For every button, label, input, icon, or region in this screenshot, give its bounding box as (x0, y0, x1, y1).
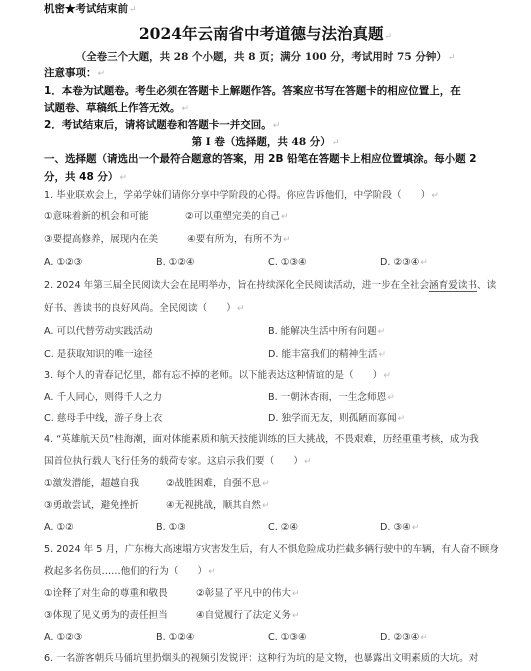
question-stem-text: 救起多名伤员……他们的行为（ ） (44, 566, 207, 577)
paragraph-mark-icon: ↵ (98, 69, 106, 79)
notice-item-1-line-2: 试题卷、草稿纸上作答无效。↵ (44, 101, 189, 116)
question-5-choice-b[interactable]: B. ①②④ (156, 631, 194, 645)
confidential-header: 机密★考试结束前↵ (44, 2, 137, 17)
question-1-statement-1: ①意味着新的机会和可能 (44, 210, 149, 224)
question-2-choice-b[interactable]: B. 能解决生活中所有问题↵ (268, 325, 385, 339)
question-4-stem-line-1: 4. “英雄航天员”桂海潮，面对体能素质和航天技能训练的巨大挑战，不畏艰难，历经… (44, 433, 479, 447)
paragraph-mark-icon: ↵ (281, 212, 289, 222)
title-text: 2024年云南省中考道德与法治真题 (139, 24, 384, 43)
question-6-stem-line-1: 6. 一名游客朝兵马俑坑里扔烟头的视频引发锐评：这种行为坑的是文物，也暴露出文明… (44, 652, 478, 666)
subtitle-text: （全卷三个大题，共 28 个小题，共 8 页；满分 100 分，考试用时 75 … (76, 51, 447, 63)
question-1-choice-c[interactable]: C. ①③④ (268, 256, 307, 270)
question-5-stem-line-1: 5. 2024 年 5 月，广东梅大高速塌方灾害发生后，有人不惧危险成功拦截多辆… (44, 543, 499, 557)
question-1-choice-a[interactable]: A. ①②③ (44, 256, 82, 270)
question-stem-text: 、读 (477, 280, 496, 291)
paragraph-mark-icon: ↵ (420, 633, 428, 643)
notice-item-2-text: 2．考试结束后，请将试题卷和答题卡一并交回。 (44, 119, 272, 131)
question-4-choice-d[interactable]: D. ③④↵ (380, 521, 419, 535)
paragraph-mark-icon: ↵ (283, 235, 291, 245)
paragraph-mark-icon: ↵ (237, 304, 245, 314)
question-4-statement-1: ①激发潜能，超越自我 (44, 477, 139, 491)
choice-text: D. 能丰富我们的精神生活 (268, 349, 377, 360)
exam-document-page: 机密★考试结束前↵ 2024年云南省中考道德与法治真题↵ （全卷三个大题，共 2… (0, 0, 531, 671)
question-stem-text: 好书、善读书的良好风尚。全民阅读（ ） (44, 303, 236, 314)
question-1-statement-2: ②可以重塑完美的自己↵ (185, 210, 289, 224)
question-3-choice-c[interactable]: C. 慈母手中线，游子身上衣 (44, 412, 162, 426)
paragraph-mark-icon: ↵ (378, 327, 386, 337)
question-stem-text: 国首位执行载人飞行任务的载荷专家。这启示我们要（ ） (44, 456, 303, 467)
part-1-heading-text: 第 I 卷（选择题，共 48 分） (192, 136, 331, 148)
question-1-stem: 1. 毕业联欢会上，学弟学妹们请你分享中学阶段的心得。你应告诉他们，中学阶段（ … (44, 189, 439, 203)
paragraph-mark-icon: ↵ (182, 104, 190, 114)
paragraph-mark-icon: ↵ (420, 258, 428, 268)
choice-text: D. ③④ (380, 522, 411, 533)
question-3-stem: 3. 每个人的青春记忆里，都有忘不掉的老师。以下能表达这种情谊的是（ ）↵ (44, 369, 391, 383)
question-1-statement-4: ④要有所为，有所不为↵ (187, 233, 291, 247)
question-5-choice-a[interactable]: A. ①②③ (44, 631, 82, 645)
question-3-choice-d[interactable]: D. 独学而无友，则孤陋而寡闻↵ (268, 412, 405, 426)
paragraph-mark-icon: ↵ (119, 173, 127, 183)
paragraph-mark-icon: ↵ (412, 523, 420, 533)
question-1-statement-3: ③要提高修养，展现内在美 (44, 233, 158, 247)
choice-text: D. ②③④ (380, 257, 419, 268)
paragraph-mark-icon: ↵ (262, 501, 270, 511)
question-2-stem-line-1: 2. 2024 年第三届全民阅读大会在昆明举办，旨在持续深化全民阅读活动，进一步… (44, 279, 496, 293)
question-5-stem-line-2: 救起多名伤员……他们的行为（ ）↵ (44, 565, 216, 579)
question-5-statement-1: ①诠释了对生命的尊重和敬畏 (44, 587, 168, 601)
question-4-choice-c[interactable]: C. ②④ (268, 521, 298, 535)
statement-text: ②可以重塑完美的自己 (185, 211, 280, 222)
paragraph-mark-icon: ↵ (383, 371, 391, 381)
section-1-heading-text: 分，共 48 分） (44, 171, 118, 183)
question-stem-text: 2. 2024 年第三届全民阅读大会在昆明举办，旨在持续深化全民阅读活动，进一步… (44, 280, 429, 291)
section-1-heading-line-1: 一、选择题（请选出一个最符合题意的答案，用 2B 铅笔在答题卡上相应位置填涂。每… (44, 152, 477, 166)
statement-text: ④无视挑战，顺其自然 (166, 500, 261, 511)
notice-item-1-line-1: 1．本卷为试题卷。考生必须在答题卡上解题作答。答案应书写在答题卡的相应位置上，在 (44, 84, 461, 98)
choice-text: D. ②③④ (380, 632, 419, 643)
question-1-choice-b[interactable]: B. ①②④ (156, 256, 194, 270)
statement-text: ④自觉履行了法定义务 (196, 610, 291, 621)
statement-text: ②彰显了平凡中的伟大 (196, 588, 291, 599)
question-2-choice-a[interactable]: A. 可以代替劳动实践活动 (44, 325, 152, 339)
paragraph-mark-icon: ↵ (332, 138, 340, 148)
question-5-statement-2: ②彰显了平凡中的伟大↵ (196, 587, 300, 601)
question-4-statement-4: ④无视挑战，顺其自然↵ (166, 499, 270, 513)
question-3-choice-a[interactable]: A. 千人同心，则得千人之力 (44, 391, 162, 405)
statement-text: ②战胜困难，自强不息 (166, 478, 261, 489)
paragraph-mark-icon: ↵ (398, 414, 406, 424)
question-5-choice-d[interactable]: D. ②③④↵ (380, 631, 428, 645)
exam-info-subtitle: （全卷三个大题，共 28 个小题，共 8 页；满分 100 分，考试用时 75 … (0, 50, 531, 65)
paragraph-mark-icon: ↵ (304, 457, 312, 467)
question-1-choice-d[interactable]: D. ②③④↵ (380, 256, 428, 270)
part-1-heading: 第 I 卷（选择题，共 48 分）↵ (0, 135, 531, 150)
question-4-choice-b[interactable]: B. ①③ (156, 521, 186, 535)
question-2-choice-c[interactable]: C. 是获取知识的唯一途径 (44, 348, 153, 362)
question-2-choice-d[interactable]: D. 能丰富我们的精神生活↵ (268, 348, 386, 362)
question-4-statement-3: ③勇敢尝试，避免挫折 (44, 499, 139, 513)
paragraph-mark-icon: ↵ (208, 567, 216, 577)
paragraph-mark-icon: ↵ (448, 53, 456, 63)
question-stem-text: 1. 毕业联欢会上，学弟学妹们请你分享中学阶段的心得。你应告诉他们，中学阶段（ … (44, 190, 430, 201)
question-4-stem-line-2: 国首位执行载人飞行任务的载荷专家。这启示我们要（ ）↵ (44, 455, 312, 469)
notice-heading-text: 注意事项： (44, 67, 97, 79)
paragraph-mark-icon: ↵ (387, 393, 395, 403)
paragraph-mark-icon: ↵ (378, 350, 386, 360)
choice-text: B. 一朝沐杏雨，一生念师恩 (268, 392, 386, 403)
question-5-choice-c[interactable]: C. ①③④ (268, 631, 307, 645)
underlined-phrase: 涵育爱读书 (429, 280, 477, 292)
question-5-statement-4: ④自觉履行了法定义务↵ (196, 609, 300, 623)
confidential-label: 机密★考试结束前 (44, 3, 128, 15)
choice-text: B. 能解决生活中所有问题 (268, 326, 377, 337)
notice-item-2: 2．考试结束后，请将试题卷和答题卡一并交回。↵ (44, 118, 280, 133)
question-4-statement-2: ②战胜困难，自强不息↵ (166, 477, 270, 491)
paragraph-mark-icon: ↵ (273, 121, 281, 131)
paragraph-mark-icon: ↵ (431, 191, 439, 201)
document-title: 2024年云南省中考道德与法治真题↵ (0, 25, 531, 46)
paragraph-mark-icon: ↵ (129, 5, 137, 15)
question-stem-text: 3. 每个人的青春记忆里，都有忘不掉的老师。以下能表达这种情谊的是（ ） (44, 370, 382, 381)
statement-text: ④要有所为，有所不为 (187, 234, 282, 245)
choice-text: D. 独学而无友，则孤陋而寡闻 (268, 413, 397, 424)
paragraph-mark-icon: ↵ (262, 479, 270, 489)
question-5-statement-3: ③体现了见义勇为的责任担当 (44, 609, 168, 623)
section-1-heading-line-2: 分，共 48 分）↵ (44, 170, 127, 185)
paragraph-mark-icon: ↵ (385, 32, 393, 42)
paragraph-mark-icon: ↵ (292, 611, 300, 621)
question-4-choice-a[interactable]: A. ①② (44, 521, 74, 535)
notice-heading: 注意事项：↵ (44, 66, 105, 81)
question-3-choice-b[interactable]: B. 一朝沐杏雨，一生念师恩↵ (268, 391, 395, 405)
question-2-stem-line-2: 好书、善读书的良好风尚。全民阅读（ ）↵ (44, 302, 244, 316)
paragraph-mark-icon: ↵ (292, 589, 300, 599)
notice-item-1-text: 试题卷、草稿纸上作答无效。 (44, 102, 181, 114)
